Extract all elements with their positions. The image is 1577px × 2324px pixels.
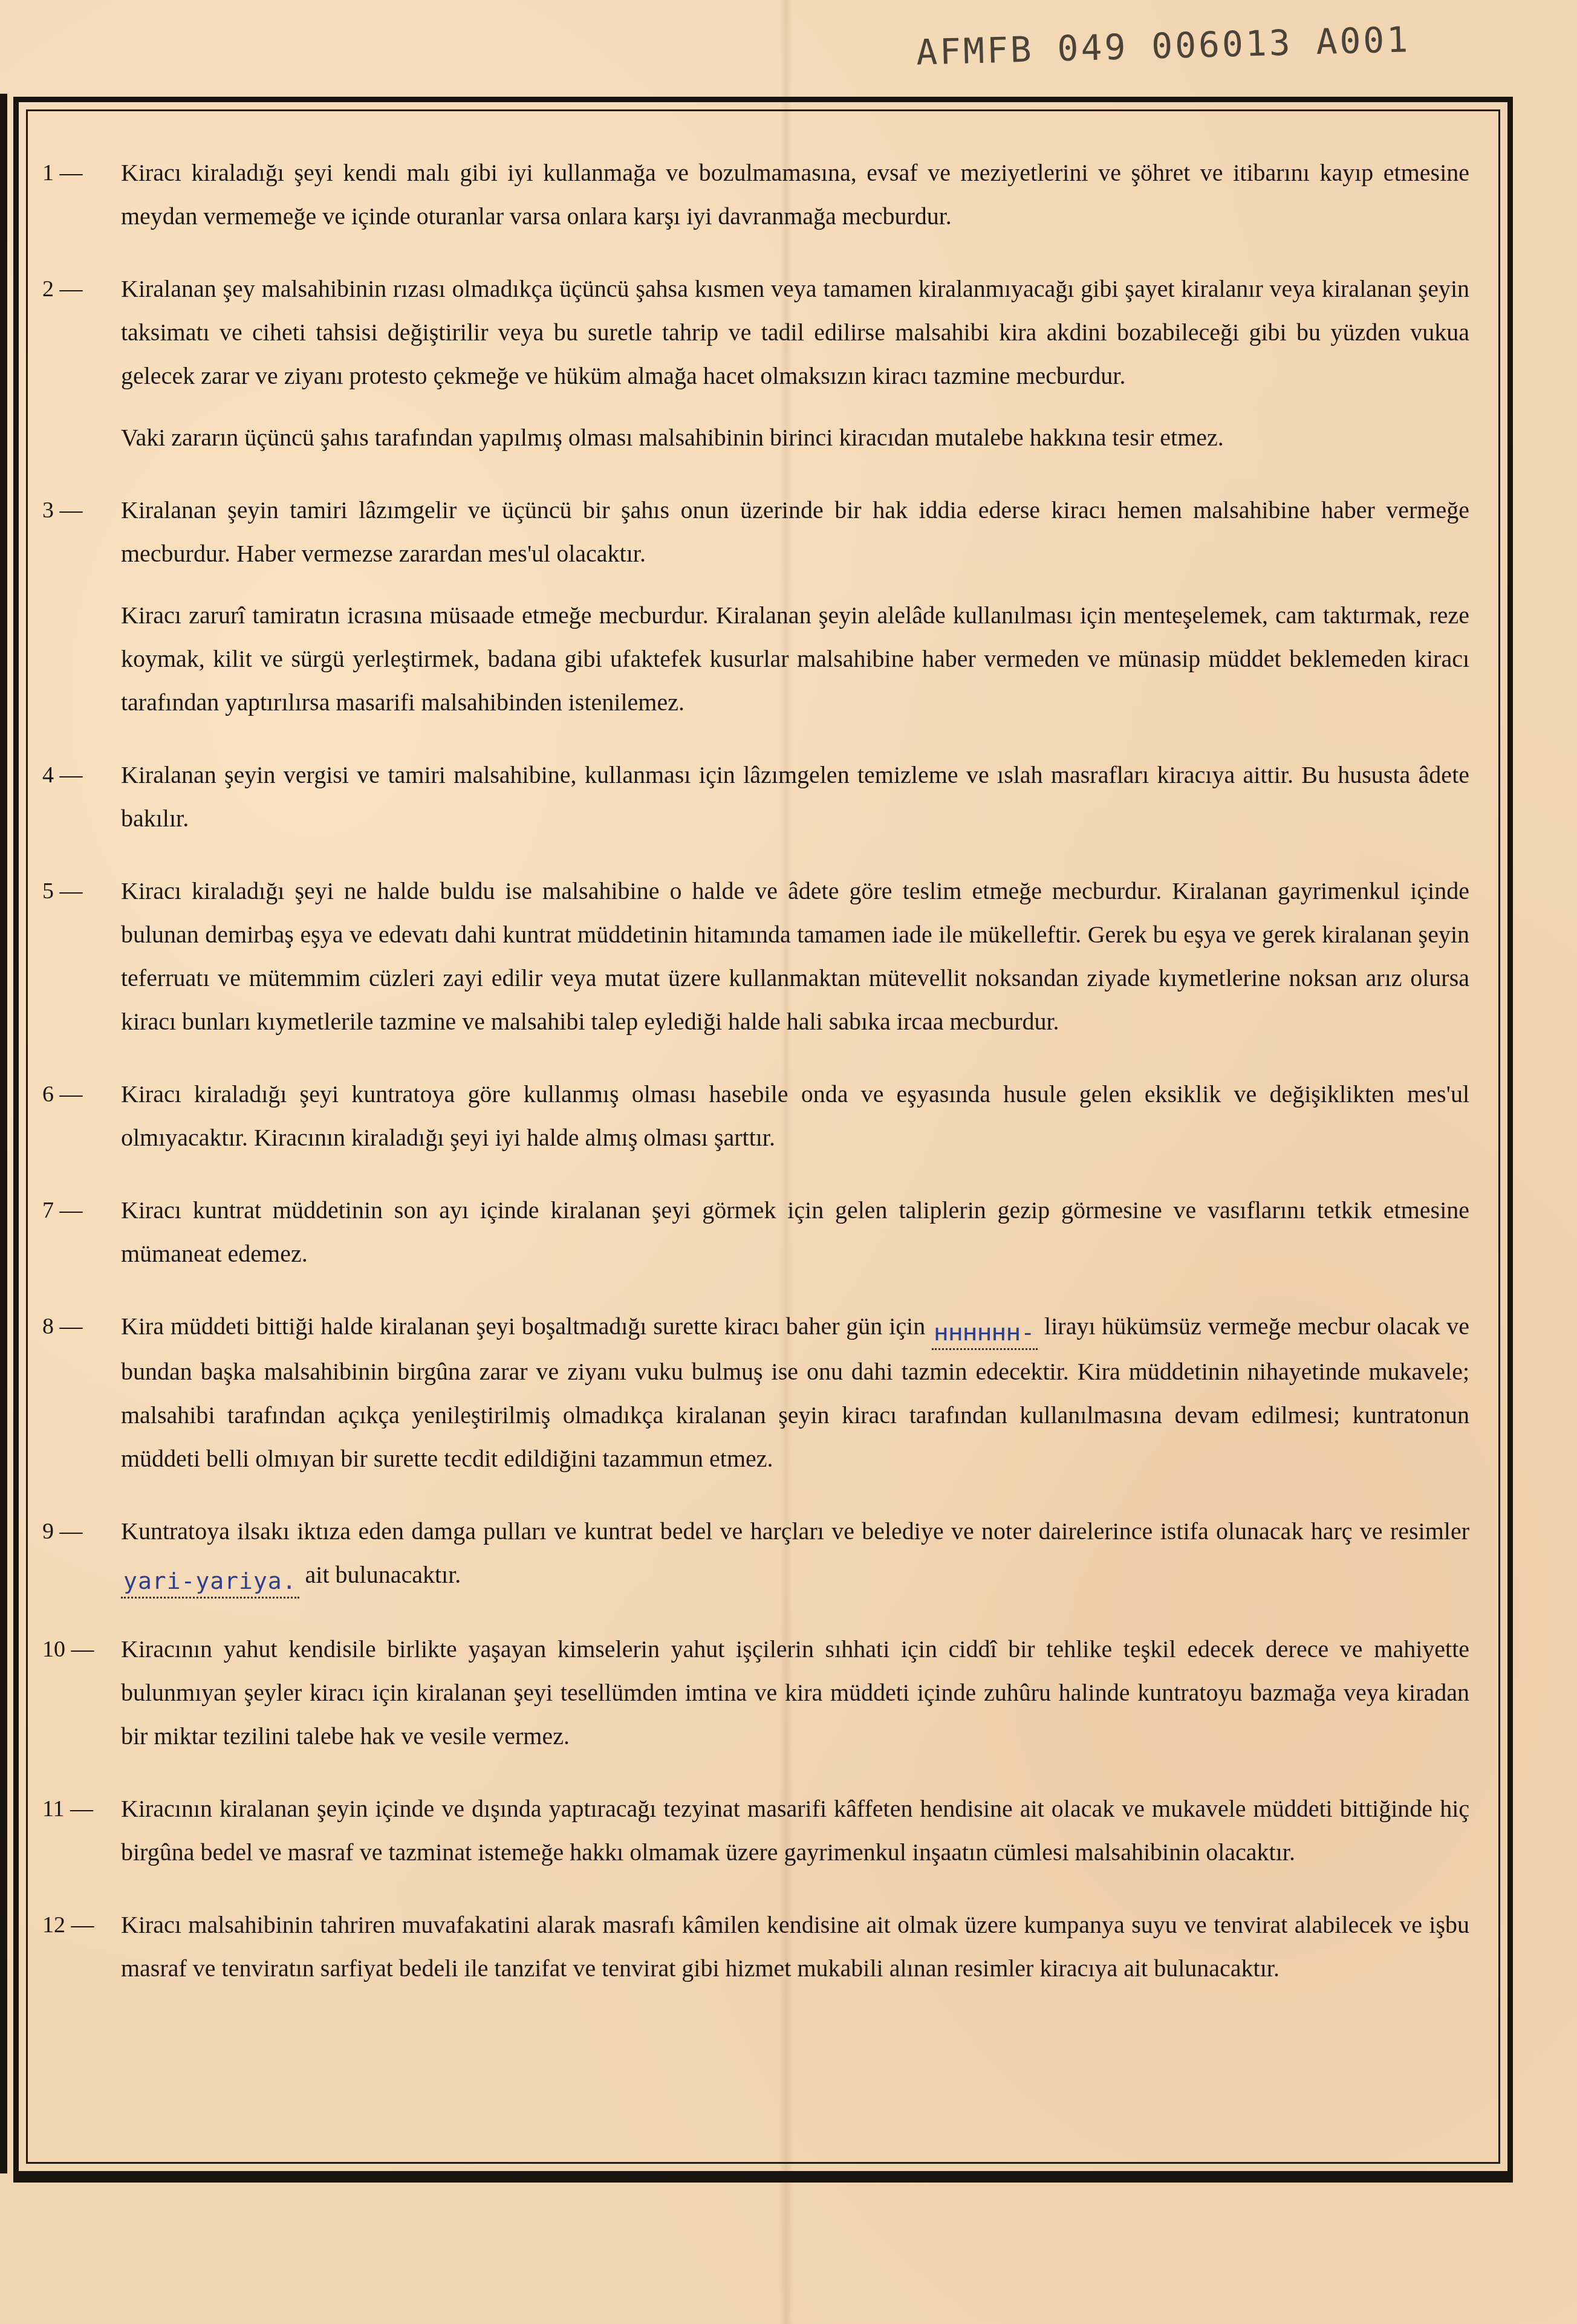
clause-7: 7 —Kiracı kuntrat müddetinin son ayı içi… [24,1189,1488,1276]
clause-paragraph: Kira müddeti bittiği halde kiralanan şey… [121,1305,1469,1481]
clause-dash: — [60,878,83,904]
clause-number: 7 — [24,1189,121,1276]
clause-dash: — [60,1519,83,1544]
clause-text-before-fill: Kira müddeti bittiği halde kiralanan şey… [121,1313,925,1340]
clause-dash: — [60,160,83,186]
clause-number: 11 — [24,1787,121,1874]
clause-11: 11 —Kiracının kiralanan şeyin içinde ve … [24,1787,1488,1874]
clause-number-value: 3 [42,498,54,523]
clause-number: 6 — [24,1073,121,1160]
clause-body: Kiralanan şeyin vergisi ve tamiri malsah… [121,753,1488,840]
clause-dash: — [60,762,83,788]
clause-number: 12 — [24,1903,121,1990]
clause-dash: — [60,1082,83,1107]
clause-dash: — [60,1198,83,1223]
clause-paragraph: Kiracı kiraladığı şeyi kuntratoya göre k… [121,1073,1469,1160]
clause-number-value: 10 [42,1637,65,1662]
clause-body: Kuntratoya ilsakı iktıza eden damga pull… [121,1510,1488,1599]
clause-paragraph: Kiracı kiraladığı şeyi kendi malı gibi i… [121,151,1469,238]
clause-paragraph: Vaki zararın üçüncü şahıs tarafından yap… [121,416,1469,459]
clause-10: 10 —Kiracının yahut kendisile birlikte y… [24,1628,1488,1758]
clause-paragraph: Kiracı malsahibinin tahriren muvafakatin… [121,1903,1469,1990]
clause-number-value: 8 [42,1314,54,1339]
clause-dash: — [60,276,83,302]
clause-6: 6 —Kiracı kiraladığı şeyi kuntratoya gör… [24,1073,1488,1160]
fill-in-blank: yari-yariya. [121,1553,299,1599]
clause-number-value: 5 [42,878,54,904]
clause-dash: — [60,1314,83,1339]
clause-number-value: 1 [42,160,54,186]
clause-dash: — [70,1796,93,1822]
clause-text-before-fill: Kuntratoya ilsakı iktıza eden damga pull… [121,1517,1469,1545]
clause-number-value: 11 [42,1796,65,1822]
clause-number-value: 12 [42,1912,65,1938]
clause-body: Kiralanan şeyin tamiri lâzımgelir ve üçü… [121,488,1488,724]
fill-in-blank: ʜʜʜʜʜʜ- [932,1305,1038,1350]
clause-number-value: 9 [42,1519,54,1544]
clause-number: 5 — [24,869,121,1044]
clause-body: Kiracı kiraladığı şeyi kendi malı gibi i… [121,151,1488,238]
archive-reference-number: AFMFB 049 006013 A001 [915,19,1411,73]
clause-body: Kiracı malsahibinin tahriren muvafakatin… [121,1903,1488,1990]
clause-number: 10 — [24,1628,121,1758]
clause-body: Kiracının kiralanan şeyin içinde ve dışı… [121,1787,1488,1874]
clause-dash: — [71,1912,94,1938]
clause-body: Kira müddeti bittiği halde kiralanan şey… [121,1305,1488,1481]
clause-number-value: 4 [42,762,54,788]
clause-4: 4 —Kiralanan şeyin vergisi ve tamiri mal… [24,753,1488,840]
clause-body: Kiralanan şey malsahibinin rızası olmadı… [121,267,1488,459]
typewritten-fill-value: yari-yariya. [123,1559,297,1603]
clause-body: Kiracı kiraladığı şeyi ne halde buldu is… [121,869,1488,1044]
clause-dash: — [60,498,83,523]
clause-number-value: 6 [42,1082,54,1107]
clause-paragraph: Kiralanan şey malsahibinin rızası olmadı… [121,267,1469,398]
clause-body: Kiracının yahut kendisile birlikte yaşay… [121,1628,1488,1758]
clause-paragraph: Kiracının yahut kendisile birlikte yaşay… [121,1628,1469,1758]
lease-clauses-list: 1 —Kiracı kiraladığı şeyi kendi malı gib… [24,151,1488,2019]
clause-paragraph: Kiracı zarurî tamiratın icrasına müsaade… [121,594,1469,724]
clause-paragraph: Kiralanan şeyin tamiri lâzımgelir ve üçü… [121,488,1469,576]
clause-8: 8 —Kira müddeti bittiği halde kiralanan … [24,1305,1488,1481]
clause-3: 3 —Kiralanan şeyin tamiri lâzımgelir ve … [24,488,1488,724]
clause-body: Kiracı kiraladığı şeyi kuntratoya göre k… [121,1073,1488,1160]
clause-5: 5 —Kiracı kiraladığı şeyi ne halde buldu… [24,869,1488,1044]
clause-paragraph: Kiralanan şeyin vergisi ve tamiri malsah… [121,753,1469,840]
clause-1: 1 —Kiracı kiraladığı şeyi kendi malı gib… [24,151,1488,238]
clause-dash: — [71,1637,94,1662]
clause-number-value: 2 [42,276,54,302]
clause-body: Kiracı kuntrat müddetinin son ayı içinde… [121,1189,1488,1276]
clause-number: 3 — [24,488,121,724]
clause-number-value: 7 [42,1198,54,1223]
clause-paragraph: Kiracının kiralanan şeyin içinde ve dışı… [121,1787,1469,1874]
clause-12: 12 —Kiracı malsahibinin tahriren muvafak… [24,1903,1488,1990]
clause-number: 1 — [24,151,121,238]
clause-text-after-fill: ait bulunacaktır. [305,1561,461,1588]
left-page-edge [0,94,7,2173]
clause-9: 9 —Kuntratoya ilsakı iktıza eden damga p… [24,1510,1488,1599]
typewritten-fill-value: ʜʜʜʜʜʜ- [934,1311,1035,1354]
clause-number: 8 — [24,1305,121,1481]
clause-paragraph: Kiracı kuntrat müddetinin son ayı içinde… [121,1189,1469,1276]
document-border-bottom-rule [19,2171,1507,2180]
clause-number: 2 — [24,267,121,459]
clause-number: 9 — [24,1510,121,1599]
clause-paragraph: Kiracı kiraladığı şeyi ne halde buldu is… [121,869,1469,1044]
clause-number: 4 — [24,753,121,840]
clause-2: 2 —Kiralanan şey malsahibinin rızası olm… [24,267,1488,459]
clause-paragraph: Kuntratoya ilsakı iktıza eden damga pull… [121,1510,1469,1599]
